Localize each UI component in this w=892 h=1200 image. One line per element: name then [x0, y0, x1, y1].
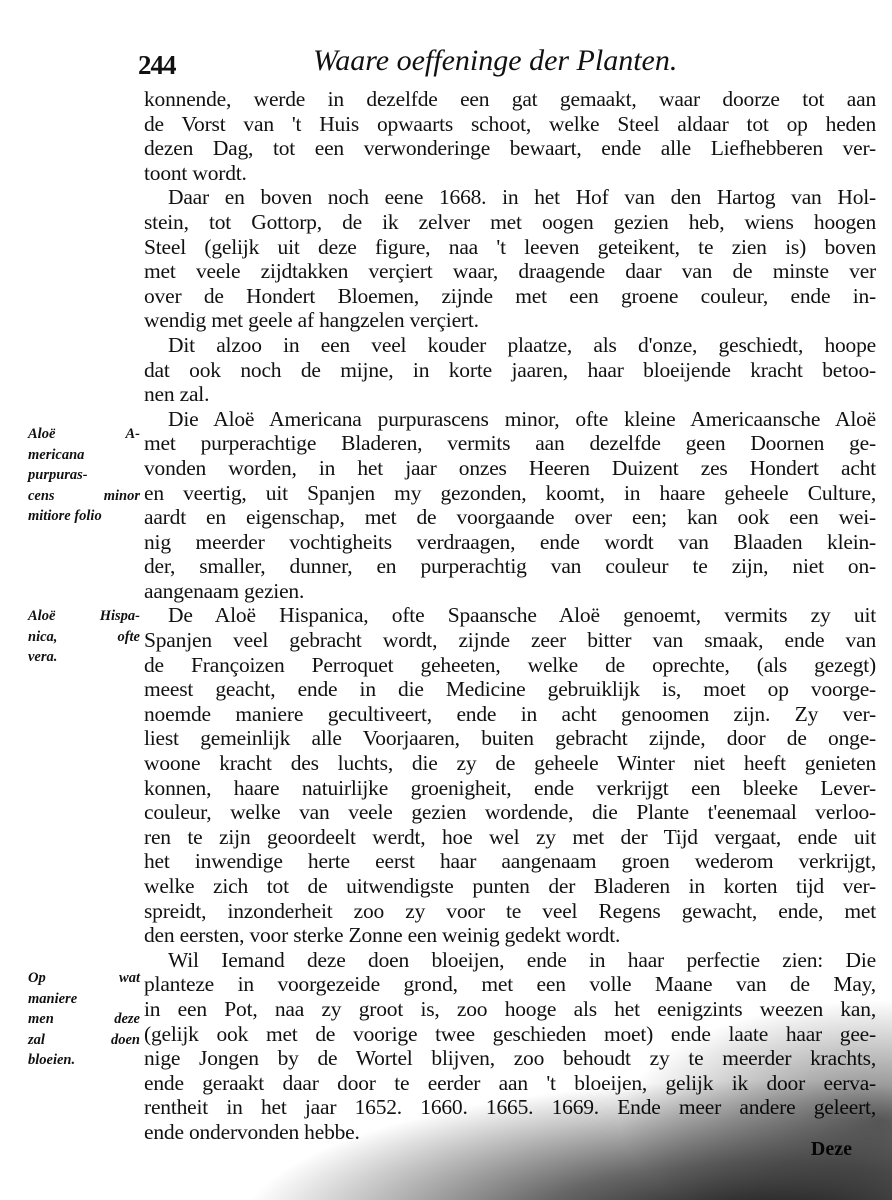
- text-line: dezen Dag, tot een verwonderinge bewaart…: [144, 136, 876, 161]
- text-line: Wil Iemand deze doen bloeijen, ende in h…: [144, 948, 876, 973]
- text-line: de Françoizen Perroquet geheeten, welke …: [144, 653, 876, 678]
- margin-note-line: purpuras-: [28, 465, 140, 486]
- running-title: Waare oeffeninge der Planten.: [313, 44, 677, 78]
- margin-note-line: cens minor: [28, 486, 140, 507]
- margin-note-line: mericana: [28, 445, 140, 466]
- text-line: met veele zijdtakken verçiert waar, draa…: [144, 259, 876, 284]
- text-line: aangenaam gezien.: [144, 579, 876, 604]
- text-line: in een Pot, naa zy groot is, zoo hooge a…: [144, 997, 876, 1022]
- text-line: Dit alzoo in een veel kouder plaatze, al…: [144, 333, 876, 358]
- text-line: woone kracht des luchts, die zy de gehee…: [144, 751, 876, 776]
- text-line: Spanjen veel gebracht wordt, zijnde zeer…: [144, 628, 876, 653]
- text-line: rentheit in het jaar 1652. 1660. 1665. 1…: [144, 1095, 876, 1120]
- text-line: spreidt, inzonderheit zoo zy voor te vee…: [144, 899, 876, 924]
- margin-note-line: Aloë A-: [28, 424, 140, 445]
- text-line: en veertig, uit Spanjen my gezonden, koo…: [144, 481, 876, 506]
- text-line: het inwendige herte eerst haar aangenaam…: [144, 849, 876, 874]
- text-line: liest gemeinlijk alle Voorjaaren, buiten…: [144, 726, 876, 751]
- text-line: dat ook noch de mijne, in korte jaaren, …: [144, 358, 876, 383]
- margin-note-line: vera.: [28, 647, 140, 668]
- text-line: over de Hondert Bloemen, zijnde met een …: [144, 284, 876, 309]
- text-line: wendig met geele af hangzelen verçiert.: [144, 308, 876, 333]
- text-line: welke zich tot de uitwendigste punten de…: [144, 874, 876, 899]
- text-line: nig meerder vochtigheits verdraagen, end…: [144, 530, 876, 555]
- margin-note-line: Op wat: [28, 968, 140, 989]
- text-line: vonden worden, in het jaar onzes Heeren …: [144, 456, 876, 481]
- margin-note-line: mitiore folio: [28, 506, 140, 527]
- page-header: 244 Waare oeffeninge der Planten.: [138, 44, 878, 84]
- margin-note-line: bloeien.: [28, 1050, 140, 1071]
- margin-note-line: nica, ofte: [28, 627, 140, 648]
- text-line: nige Jongen by de Wortel blijven, zoo be…: [144, 1046, 876, 1071]
- text-line: Steel (gelijk uit deze figure, naa 't le…: [144, 235, 876, 260]
- text-line: ren te zijn geoordeelt werdt, hoe wel zy…: [144, 825, 876, 850]
- text-line: noemde maniere gecultiveert, ende in ach…: [144, 702, 876, 727]
- text-line: der, smaller, dunner, en purperachtig va…: [144, 554, 876, 579]
- text-line: nen zal.: [144, 382, 876, 407]
- text-line: den eersten, voor sterke Zonne een weini…: [144, 923, 876, 948]
- text-line: toont wordt.: [144, 161, 876, 186]
- book-page: 244 Waare oeffeninge der Planten. konnen…: [0, 0, 892, 1200]
- text-line: ende geraakt daar door te eerder aan 't …: [144, 1071, 876, 1096]
- text-line: planteze in voorgezeide grond, met een v…: [144, 972, 876, 997]
- text-line: Die Aloë Americana purpurascens minor, o…: [144, 407, 876, 432]
- body-text: konnende, werde in dezelfde een gat gema…: [144, 87, 876, 1145]
- text-line: met purperachtige Bladeren, vermits aan …: [144, 431, 876, 456]
- text-line: stein, tot Gottorp, de ik zelver met oog…: [144, 210, 876, 235]
- margin-note: Aloë A-mericanapurpuras-cens minormitior…: [28, 424, 140, 527]
- margin-note-line: men deze: [28, 1009, 140, 1030]
- text-line: ende ondervonden hebbe.: [144, 1120, 876, 1145]
- text-line: aardt en eigenschap, met de voorgaande o…: [144, 505, 876, 530]
- text-line: De Aloë Hispanica, ofte Spaansche Aloë g…: [144, 603, 876, 628]
- catchword: Deze: [811, 1138, 852, 1161]
- text-line: konnen, haare natuirlijke groenigheit, e…: [144, 776, 876, 801]
- text-line: konnende, werde in dezelfde een gat gema…: [144, 87, 876, 112]
- margin-note-line: Aloë Hispa-: [28, 606, 140, 627]
- margin-note-line: zal doen: [28, 1030, 140, 1051]
- text-line: couleur, welke van veele gezien wordende…: [144, 800, 876, 825]
- text-line: (gelijk ook met de voorige twee geschied…: [144, 1022, 876, 1047]
- margin-note-line: maniere: [28, 989, 140, 1010]
- page-number: 244: [138, 50, 176, 81]
- margin-note: Op watmanieremen dezezal doenbloeien.: [28, 968, 140, 1071]
- text-line: meest geacht, ende in die Medicine gebru…: [144, 677, 876, 702]
- text-line: Daar en boven noch eene 1668. in het Hof…: [144, 185, 876, 210]
- text-line: de Vorst van 't Huis opwaarts schoot, we…: [144, 112, 876, 137]
- margin-note: Aloë Hispa-nica, oftevera.: [28, 606, 140, 668]
